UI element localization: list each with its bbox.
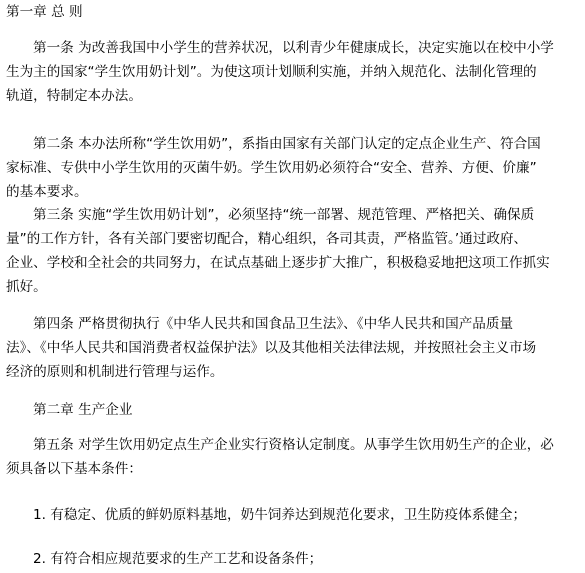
condition-item-2: 2. 有符合相应规范要求的生产工艺和设备条件； xyxy=(33,547,322,571)
article-3-line-4: 抓好。 xyxy=(6,275,47,299)
article-5-line-2: 须具备以下基本条件： xyxy=(6,457,142,481)
article-3-line-3: 企业、学校和全社会的共同努力，在试点基础上逐步扩大推广，积极稳妥地把这项工作抓实 xyxy=(6,251,550,275)
article-3-line-2: 量”的工作方针，各有关部门要密切配合，精心组织，各司其责，严格监管。’通过政府、 xyxy=(6,227,527,251)
article-1-line-1: 第一条 为改善我国中小学生的营养状况，以利青少年健康成长，决定实施以在校中小学 xyxy=(33,36,554,60)
article-2-line-2: 家标准、专供中小学生饮用的灭菌牛奶。学生饮用奶必须符合“安全、营养、方便、价廉” xyxy=(6,156,537,180)
chapter-2-title: 第二章 生产企业 xyxy=(33,398,132,422)
article-4-line-2: 法》、《中华人民共和国消费者权益保护法》以及其他相关法律法规，并按照社会主义市场 xyxy=(6,336,536,360)
article-4-line-1: 第四条 严格贯彻执行《中华人民共和国食品卫生法》、《中华人民共和国产品质量 xyxy=(33,312,513,336)
article-1-line-3: 轨道，特制定本办法。 xyxy=(6,84,142,108)
chapter-1-title: 第一章 总 则 xyxy=(6,0,83,24)
article-2-line-1: 第二条 本办法所称“学生饮用奶”，系指由国家有关部门认定的定点企业生产、符合国 xyxy=(33,132,541,156)
article-3-line-1: 第三条 实施“学生饮用奶计划”，必须坚持“统一部署、规范管理、严格把关、确保质 xyxy=(33,203,534,227)
article-2-line-3: 的基本要求。 xyxy=(6,180,88,204)
article-1-line-2: 生为主的国家“学生饮用奶计划”。为使这项计划顺利实施，并纳入规范化、法制化管理的 xyxy=(6,60,537,84)
article-4-line-3: 经济的原则和机制进行管理与运作。 xyxy=(6,360,224,384)
condition-item-1: 1. 有稳定、优质的鲜奶原料基地，奶牛饲养达到规范化要求，卫生防疫体系健全； xyxy=(33,503,526,527)
article-5-line-1: 第五条 对学生饮用奶定点生产企业实行资格认定制度。从事学生饮用奶生产的企业，必 xyxy=(33,433,554,457)
